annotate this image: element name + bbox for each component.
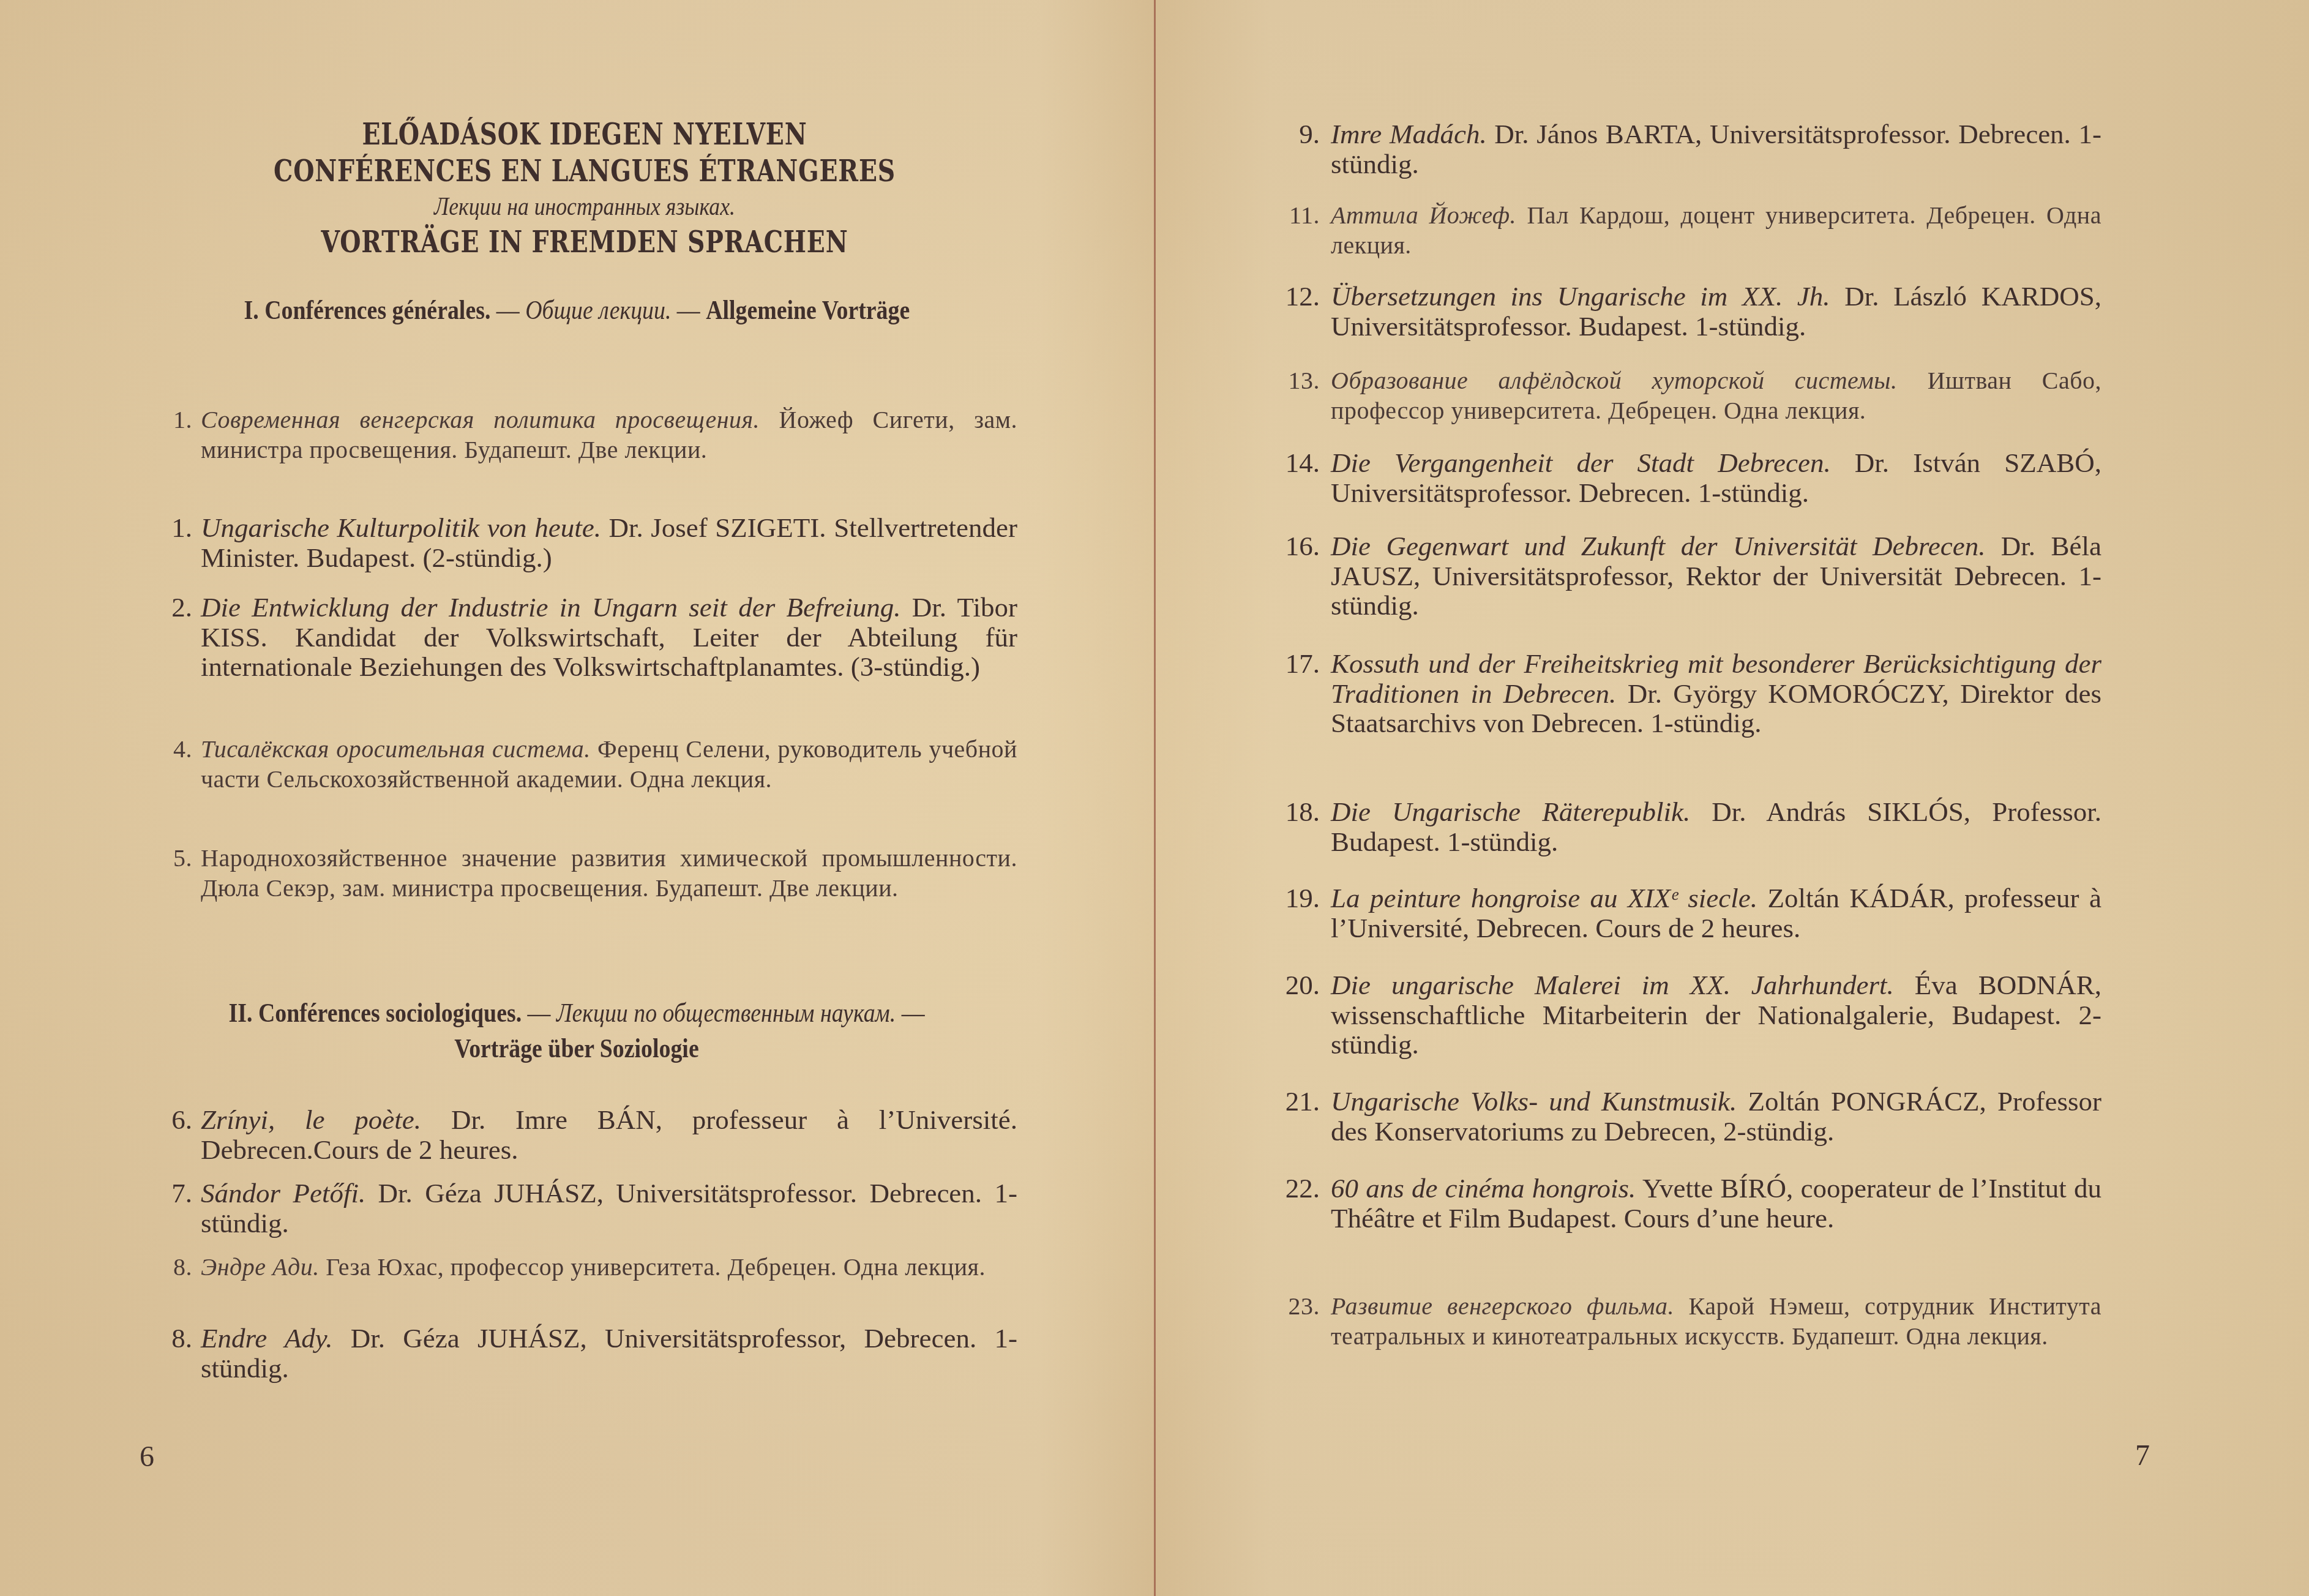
separator: — [671,295,706,325]
list-item: 6. Zrínyi, le poète. Dr. Imre BÁN, profe… [142,1105,1017,1164]
list-item: 2. Die Entwicklung der Industrie in Unga… [142,593,1017,682]
item-number: 13. [1254,366,1331,425]
item-number: 17. [1254,649,1331,738]
item-number: 9. [1254,119,1331,179]
list-item: 20. Die ungarische Malerei im XX. Jahrhu… [1254,970,2101,1060]
list-item: 4. Тисалёкская оросительная система. Фер… [142,735,1017,794]
item-number: 21. [1254,1087,1331,1146]
list-item: 19. La peinture hongroise au XIXᵉ siecle… [1254,883,2101,943]
page-number: 7 [2135,1439,2150,1472]
section-title-sociological: II. Conférences sociologiques. — Лекции … [136,995,1017,1066]
list-item: 1. Современная венгерская политика просв… [142,405,1017,465]
item-number: 5. [142,844,201,903]
separator: — [490,295,525,325]
item-title: 60 ans de cinéma hongrois. [1331,1173,1636,1204]
item-number: 1. [142,513,201,572]
item-title: Die Entwicklung der Industrie in Ungarn … [201,592,901,623]
heading-french: CONFÉRENCES EN LANGUES ÉTRANGERES [231,153,938,190]
item-title: Endre Ady. [201,1323,332,1354]
item-title: Sándor Petőfi. [201,1178,365,1208]
list-item: 16. Die Gegenwart und Zukunft der Univer… [1254,531,2101,621]
heading-russian: Лекции на иностранных языках. [218,190,952,224]
list-item: 21. Ungarische Volks- und Kunstmusik. Zo… [1254,1087,2101,1146]
item-details: Геза Юхас, профессор университета. Дебре… [320,1253,986,1281]
item-title: La peinture hongroise au XIXᵉ siecle. [1331,883,1757,913]
page-number: 6 [140,1440,154,1474]
item-number: 11. [1254,201,1331,260]
list-item: 13. Образование алфёлдской хуторской сис… [1254,366,2101,425]
item-title: Imre Madách. [1331,119,1487,149]
item-title: Die Ungarische Räterepublik. [1331,796,1690,827]
section-title-ru: Общие лекции. [525,295,671,325]
item-title: Современная венгерская политика просвеще… [201,406,760,433]
item-number: 1. [142,405,201,465]
list-item: 5. Народнохозяйственное значение развити… [142,844,1017,903]
section-title-ru: Лекции по общественным наукам. [556,998,896,1028]
separator: — [896,998,924,1028]
item-title: Тисалёкская оросительная система. [201,735,591,763]
list-item: 18. Die Ungarische Räterepublik. Dr. And… [1254,797,2101,856]
item-number: 14. [1254,448,1331,508]
item-number: 23. [1254,1292,1331,1351]
item-title: Zrínyi, le poète. [201,1104,421,1135]
list-item: 17. Kossuth und der Freiheitskrieg mit b… [1254,649,2101,738]
item-number: 6. [142,1105,201,1164]
item-title: Die Gegenwart und Zukunft der Universitä… [1331,531,1985,561]
list-item: 1. Ungarische Kulturpolitik von heute. D… [142,513,1017,572]
heading-hungarian: ELŐADÁSOK IDEGEN NYELVEN [231,116,938,153]
item-number: 4. [142,735,201,794]
list-item: 23. Развитие венгерского фильма. Карой Н… [1254,1292,2101,1351]
item-number: 19. [1254,883,1331,943]
item-number: 8. [142,1324,201,1383]
page-heading: ELŐADÁSOK IDEGEN NYELVEN CONFÉRENCES EN … [153,116,1016,261]
item-number: 20. [1254,970,1331,1060]
right-page: 9. Imre Madách. Dr. János BARTA, Univers… [1156,0,2309,1596]
item-number: 2. [142,593,201,682]
list-item: 8. Endre Ady. Dr. Géza JUHÁSZ, Universit… [142,1324,1017,1383]
section-title-de: Vorträge über Soziologie [454,1033,698,1063]
item-title: Эндре Ади. [201,1253,320,1281]
item-title: Ungarische Kulturpolitik von heute. [201,512,601,543]
section-title-general: I. Conférences générales. — Общие лекции… [136,293,1017,328]
list-item: 9. Imre Madách. Dr. János BARTA, Univers… [1254,119,2101,179]
left-page: ELŐADÁSOK IDEGEN NYELVEN CONFÉRENCES EN … [0,0,1154,1596]
item-title: Аттила Йожеф. [1331,201,1516,229]
item-title: Die Vergangenheit der Stadt Debrecen. [1331,448,1831,478]
list-item: 8. Эндре Ади. Геза Юхас, профессор униве… [142,1253,1017,1283]
section-title-de: Allgemeine Vorträge [706,295,910,325]
list-item: 14. Die Vergangenheit der Stadt Debrecen… [1254,448,2101,508]
separator: — [522,998,556,1028]
item-number: 16. [1254,531,1331,621]
item-title: Die ungarische Malerei im XX. Jahrhunder… [1331,970,1894,1000]
document-spread: ELŐADÁSOK IDEGEN NYELVEN CONFÉRENCES EN … [0,0,2309,1596]
list-item: 7. Sándor Petőfi. Dr. Géza JUHÁSZ, Unive… [142,1178,1017,1238]
list-item: 12. Übersetzungen ins Ungarische im XX. … [1254,282,2101,341]
item-number: 22. [1254,1174,1331,1233]
item-title: Образование алфёлдской хуторской системы… [1331,367,1897,394]
section-title-fr: I. Conférences générales. [244,295,490,325]
section-title-fr: II. Conférences sociologiques. [229,998,522,1028]
item-title: Ungarische Volks- und Kunstmusik. [1331,1086,1737,1117]
list-item: 22. 60 ans de cinéma hongrois. Yvette BÍ… [1254,1174,2101,1233]
item-details: Народнохозяйственное значение развития х… [201,844,1017,902]
item-number: 8. [142,1253,201,1283]
item-title: Übersetzungen ins Ungarische im XX. Jh. [1331,281,1830,312]
heading-german: VORTRÄGE IN FREMDEN SPRACHEN [231,224,938,261]
list-item: 11. Аттила Йожеф. Пал Кардош, доцент уни… [1254,201,2101,260]
item-title: Развитие венгерского фильма. [1331,1292,1674,1320]
item-number: 18. [1254,797,1331,856]
item-number: 12. [1254,282,1331,341]
item-number: 7. [142,1178,201,1238]
